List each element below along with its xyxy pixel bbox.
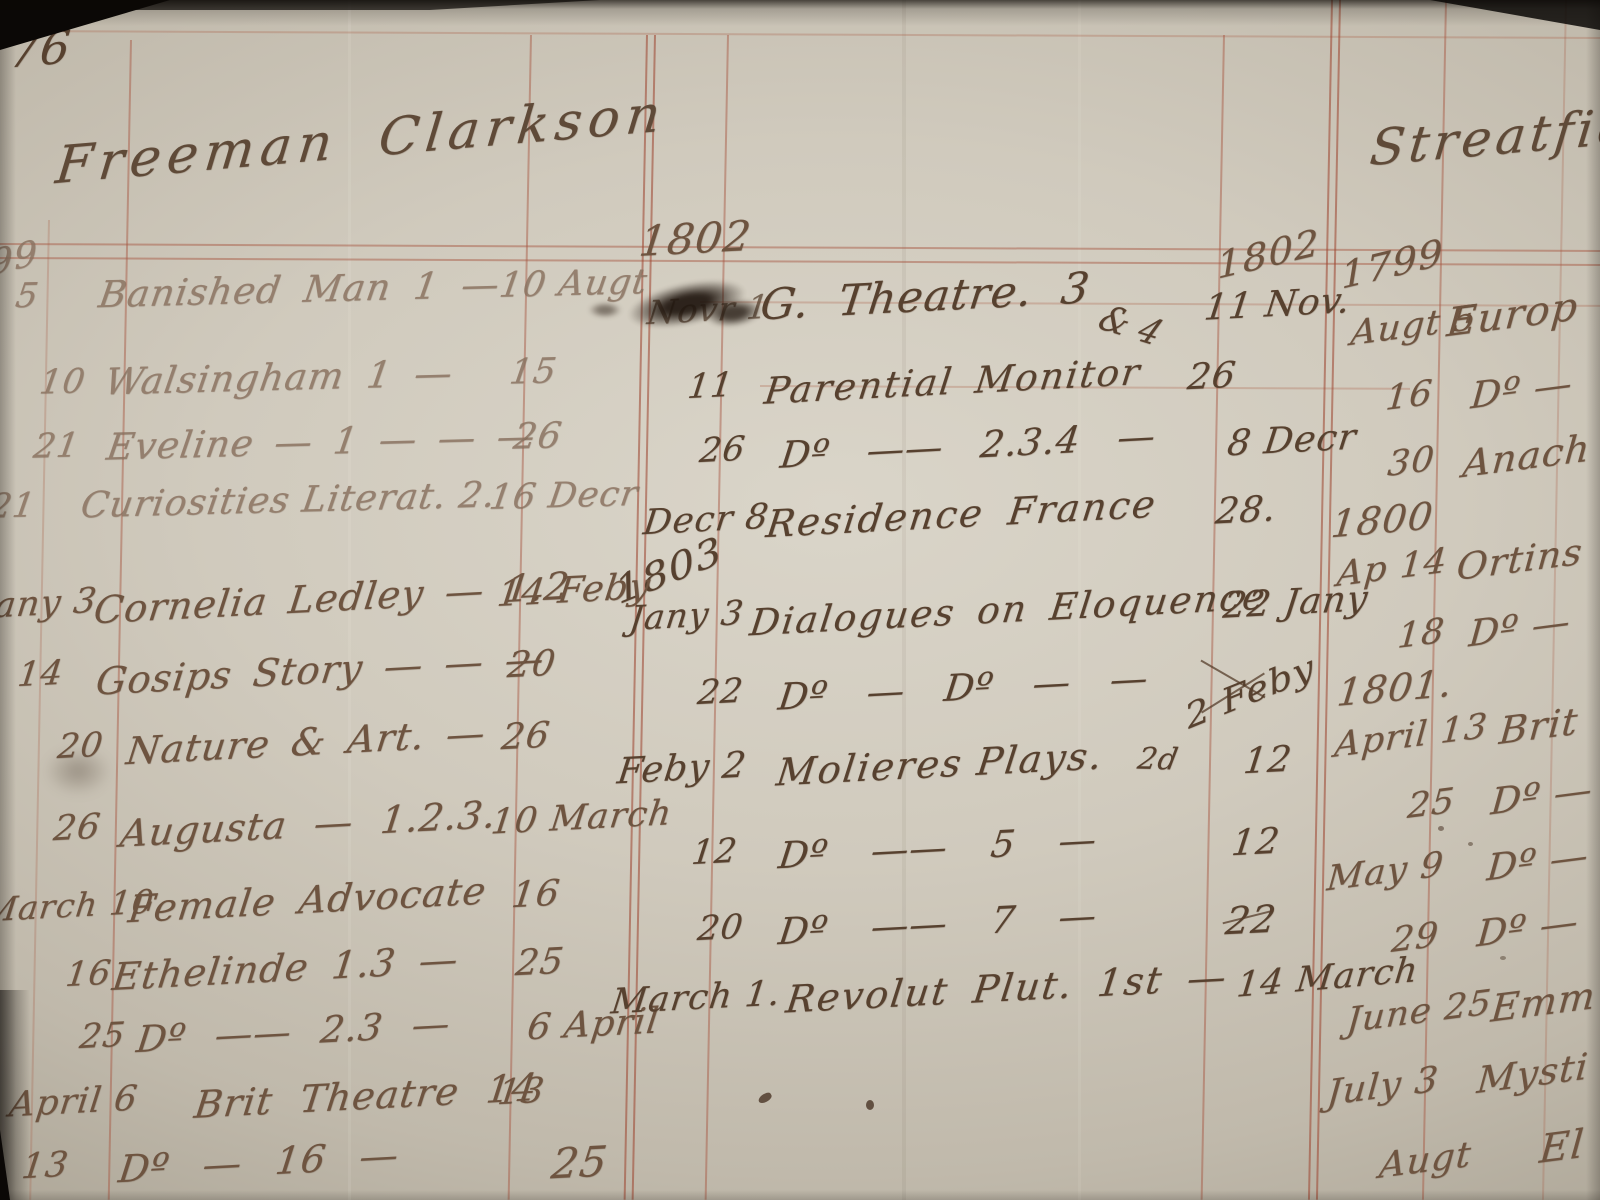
entry-title: Dº — 16 — (116, 1133, 402, 1191)
entry-date: 18 (1396, 611, 1447, 657)
entry-title: Residence France (764, 482, 1160, 546)
entry-date: 10 (37, 361, 88, 402)
entry-return-date: 26 (511, 415, 565, 457)
entry-date: Decr 8 (641, 497, 771, 543)
entry-title: Mysti (1475, 1045, 1590, 1102)
ink-speck (757, 1091, 773, 1105)
year-marker-1800: 1800 (1329, 494, 1436, 547)
entry-date: Feby 2 (615, 745, 749, 793)
entry-date: 11 (685, 365, 736, 407)
entry-title: Walsingham 1 — (102, 351, 456, 403)
entry-return-date: 16 Decr (487, 474, 641, 518)
entry-date: 22 (695, 671, 746, 713)
entry-date: 26 (51, 807, 103, 849)
paper-smudge (36, 740, 120, 802)
entry-title: Brit (1497, 699, 1580, 753)
entry-title: Emm (1489, 973, 1597, 1030)
photo-of-ledger-page: 76 99 1802 1802 1799 1803 Freeman Clarks… (0, 0, 1600, 1200)
photo-corner-shadow (0, 1130, 24, 1200)
entry-return-date: 11 Nov. (1202, 280, 1353, 329)
entry-date: Jany 3 (0, 581, 100, 627)
entry-date: 5 (13, 276, 42, 317)
entry-title: Dº —— 2.3.4 — (778, 414, 1159, 476)
entry-title: El (1538, 1121, 1587, 1172)
entry-date: 12 (689, 831, 740, 873)
year-heading-middle-right: 1802 (1216, 220, 1320, 287)
entry-return-date: 12 (1241, 739, 1294, 782)
account-holder-name-right: Streatfie (1367, 97, 1600, 177)
ink-speck (1438, 826, 1444, 831)
entry-return-date: 20 (505, 643, 558, 686)
entry-title: Augusta — 1.2.3. (118, 792, 499, 855)
entry-date: 20 (695, 907, 746, 949)
entry-title: Anach (1461, 426, 1592, 486)
entry-title: Dº — (1467, 600, 1572, 656)
entry-title: Dº — (1485, 834, 1590, 890)
page-number: 76 (7, 19, 74, 78)
entry-return-date: 26 (499, 715, 552, 758)
ink-speck (1468, 842, 1473, 846)
ink-speck (866, 1100, 874, 1110)
entry-title: Brit Theatre 14 (192, 1065, 540, 1127)
ink-blot (584, 300, 626, 320)
entry-date: April 6 (7, 1079, 140, 1126)
photo-corner-shadow (1430, 0, 1600, 30)
entry-title: Dº —— 7 — (776, 894, 1100, 953)
entry-date: 14 (15, 653, 66, 695)
entry-date: March 1. (609, 974, 783, 1023)
entry-date: 13 (19, 1145, 71, 1187)
entry-date: 30 (1386, 439, 1437, 485)
account-holder-name-left: Freeman Clarkson (53, 84, 669, 196)
entry-title: G. Theatre. 3 (758, 263, 1093, 330)
year-marker-1801: 1801. (1335, 661, 1455, 715)
entry-title: Molieres Plays. (774, 734, 1106, 795)
ledger-paper: 76 99 1802 1802 1799 1803 Freeman Clarks… (0, 0, 1600, 1200)
entry-date: 21 (0, 485, 38, 526)
entry-date: 25 (1406, 781, 1457, 827)
entry-date: 25 (77, 1015, 128, 1057)
entry-return-date: 13 (495, 1071, 547, 1113)
entry-return-date: 26 (1185, 355, 1238, 398)
ink-note: 2d (1135, 741, 1182, 777)
photo-corner-shadow (0, 0, 600, 10)
entry-date: Ap 14 (1335, 541, 1449, 595)
entry-date: Augt (1377, 1134, 1473, 1186)
entry-date: April 13 (1333, 706, 1490, 765)
year-heading-middle: 1802 (637, 211, 755, 266)
entry-title: Dº — (1489, 768, 1594, 824)
entry-date: 21 (31, 425, 82, 466)
entry-return-date: 25 (513, 941, 566, 984)
entry-return-date: 10 March (489, 793, 675, 842)
entry-title: Dialogues on Eloquence (747, 575, 1269, 645)
ink-note: & 4 (1092, 298, 1171, 355)
entry-return-date: 15 (507, 351, 560, 392)
entry-date: Jany 3 (627, 593, 746, 639)
entry-return-date: 28. (1213, 488, 1279, 532)
year-heading-right: 1799 (1340, 230, 1444, 297)
entry-date: 16 (63, 953, 114, 995)
entry-title: Dº —— 2.3 — (134, 1002, 453, 1061)
entry-title: Ethelinde 1.3 — (110, 937, 461, 999)
entry-title: Dº — Dº — — (776, 656, 1151, 718)
entry-return-date: 25 (549, 1137, 611, 1189)
ink-speck (1500, 956, 1506, 960)
entry-title: Revolut Plut. 1st — (784, 955, 1231, 1022)
entry-date: 26 (697, 429, 748, 471)
entry-title: Gosips Story — — — (94, 636, 548, 703)
entry-title: Eveline — 1 — — — (104, 414, 539, 468)
entry-return-date: 12 (1229, 821, 1282, 864)
entry-date: 29 (1390, 915, 1441, 961)
entry-title: Female Advocate (126, 869, 489, 932)
entry-return-date: 8 Decr (1225, 417, 1359, 465)
entry-title: Nature & Art. — (124, 711, 489, 774)
entry-title: Parential Monitor (762, 350, 1144, 413)
entry-title: Curiosities Literat. 2. (78, 475, 499, 527)
entry-title: Banished Man 1 — (96, 263, 503, 316)
entry-title: Dº —— 5 — (776, 818, 1100, 877)
ruled-line-horizontal (0, 30, 1600, 39)
entry-title: Dº — (1475, 900, 1580, 956)
entry-title: Ortins (1455, 530, 1584, 589)
entry-return-date: 14 Feby (495, 566, 653, 615)
entry-date: 16 (1384, 373, 1435, 419)
entry-return-date: 16 (509, 873, 562, 916)
